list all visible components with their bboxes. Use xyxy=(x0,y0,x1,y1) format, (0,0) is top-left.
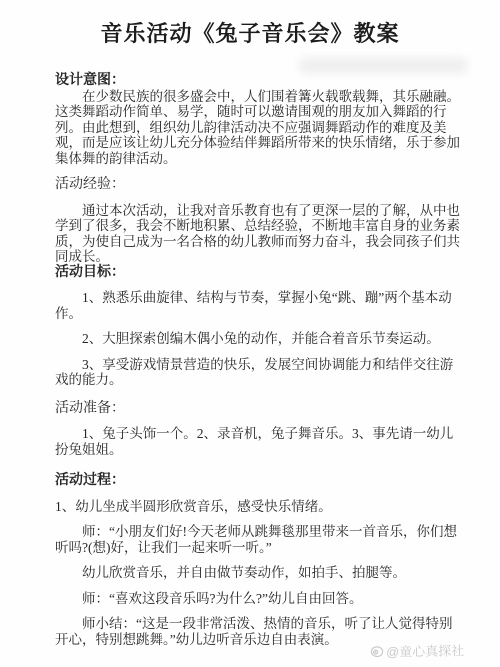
document-body: 设计意图： 在少数民族的很多盛会中，人们围着篝火载歌载舞，其乐融融。这类舞蹈动作… xyxy=(55,73,460,647)
page-title: 音乐活动《兔子音乐会》教案 xyxy=(0,0,500,48)
section-heading-preparation: 活动准备： xyxy=(55,401,460,417)
watermark-text: @童心真探社 xyxy=(386,640,465,660)
section-heading-goals: 活动目标： xyxy=(55,265,460,281)
process-item: 1、幼儿坐成半圆形欣赏音乐，感受快乐情绪。 xyxy=(55,499,460,515)
goal-item: 3、享受游戏情景营造的快乐，发展空间协调能力和结伴交往游戏的能力。 xyxy=(55,357,460,388)
section-heading-process: 活动过程： xyxy=(55,473,460,489)
process-item: 幼儿欣赏音乐，并自由做节奏动作，如拍手、拍腿等。 xyxy=(55,565,460,581)
watermark: @童心真探社 xyxy=(370,640,465,661)
section-heading-experience: 活动经验： xyxy=(55,177,460,193)
preparation-paragraph: 1、兔子头饰一个。2、录音机，兔子舞音乐。3、事先请一幼儿扮兔姐姐。 xyxy=(55,426,460,457)
goal-item: 1、熟悉乐曲旋律、结构与节奏，掌握小兔“跳、蹦”两个基本动作。 xyxy=(55,290,460,321)
design-intent-paragraph: 在少数民族的很多盛会中，人们围着篝火载歌载舞，其乐融融。这类舞蹈动作简单、易学，… xyxy=(55,89,460,167)
process-item: 师：“小朋友们好!今天老师从跳舞毯那里带来一首音乐，你们想听吗?(想)好，让我们… xyxy=(55,524,460,555)
section-heading-design-intent: 设计意图： xyxy=(55,73,460,89)
erased-watermark-smudge xyxy=(298,57,468,74)
experience-paragraph: 通过本次活动，让我对音乐教育也有了更深一层的了解，从中也学到了很多，我会不断地积… xyxy=(55,203,460,265)
publisher-logo-icon xyxy=(370,644,384,658)
process-item: 师：“喜欢这段音乐吗?为什么?”幼儿自由回答。 xyxy=(55,591,460,607)
document-page: 音乐活动《兔子音乐会》教案 设计意图： 在少数民族的很多盛会中，人们围着篝火载歌… xyxy=(0,0,500,667)
goal-item: 2、大胆探索创编木偶小兔的动作，并能合着音乐节奏运动。 xyxy=(55,331,460,347)
